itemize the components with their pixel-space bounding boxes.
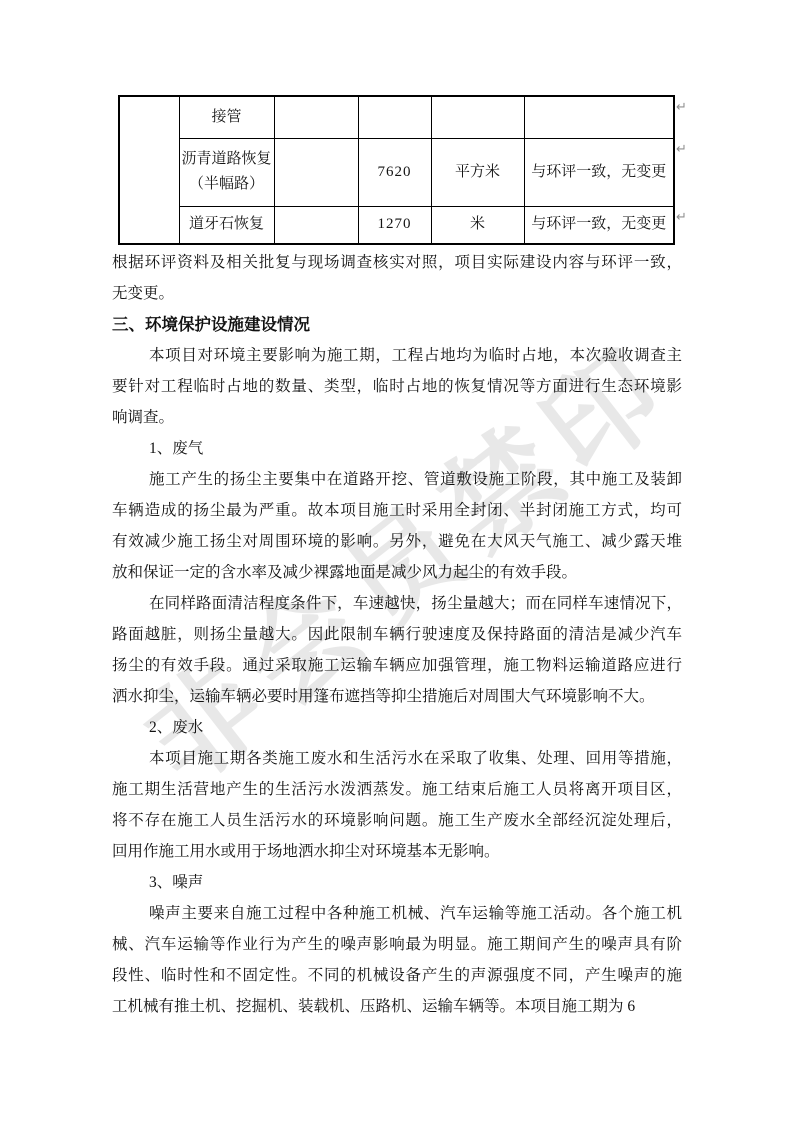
paragraph-line: 响调查。 [112,402,682,433]
paragraph-return-mark-icon: ↵ [676,101,687,114]
table-cell: 1270 [358,206,431,244]
table-cell: 道牙石恢复 [179,206,274,244]
table-cell: 沥青道路恢复（半幅路） [179,138,274,206]
paragraph-line: 在同样路面清洁程度条件下，车速越快，扬尘量越大；而在同样车速情况下， [112,588,682,619]
paragraph-line: 施工产生的扬尘主要集中在道路开挖、管道敷设施工阶段，其中施工及装卸 [112,464,682,495]
table-cell: 平方米 [431,138,524,206]
table-cell [274,96,358,138]
sub-section-heading: 3、噪声 [112,867,682,898]
section-heading: 三、环境保护设施建设情况 [112,309,682,340]
paragraph-line: 回用作施工用水或用于场地洒水抑尘对环境基本无影响。 [112,836,682,867]
sub-section-heading: 2、废水 [112,712,682,743]
table-cell: 米 [431,206,524,244]
table-cell [274,206,358,244]
document-page: 非会员禁印 接管沥青道路恢复（半幅路）7620平方米与环评一致，无变更道牙石恢复… [0,0,793,1122]
paragraph-line: 根据环评资料及相关批复与现场调查核实对照，项目实际建设内容与环评一致， [112,247,682,278]
paragraph-line: 本项目对环境主要影响为施工期，工程占地均为临时占地，本次验收调查主 [112,340,682,371]
table-row: 接管 [119,96,674,138]
paragraph-line: 噪声主要来自施工过程中各种施工机械、汽车运输等施工活动。各个施工机 [112,898,682,929]
paragraph-return-mark-icon: ↵ [676,143,687,156]
paragraph-line: 扬尘的有效手段。通过采取施工运输车辆应加强管理，施工物料运输道路应进行 [112,650,682,681]
paragraph-line: 有效减少施工扬尘对周围环境的影响。另外，避免在大风天气施工、减少露天堆 [112,526,682,557]
paragraph-line: 本项目施工期各类施工废水和生活污水在采取了收集、处理、回用等措施， [112,743,682,774]
table-cell: 7620 [358,138,431,206]
table-cell [274,138,358,206]
table-row: 道牙石恢复1270米与环评一致，无变更 [119,206,674,244]
paragraph-line: 放和保证一定的含水率及减少裸露地面是减少风力起尘的有效手段。 [112,557,682,588]
paragraph-line: 段性、临时性和不固定性。不同的机械设备产生的声源强度不同，产生噪声的施 [112,960,682,991]
paragraph-line: 要针对工程临时占地的数量、类型，临时占地的恢复情况等方面进行生态环境影 [112,371,682,402]
construction-content-table: 接管沥青道路恢复（半幅路）7620平方米与环评一致，无变更道牙石恢复1270米与… [118,95,675,245]
table-cell: 与环评一致，无变更 [524,138,674,206]
table-cell [524,96,674,138]
table-cell-merged-left [119,96,179,244]
paragraph-line: 路面越脏，则扬尘量越大。因此限制车辆行驶速度及保持路面的清洁是减少汽车 [112,619,682,650]
table-row: 沥青道路恢复（半幅路）7620平方米与环评一致，无变更 [119,138,674,206]
paragraph-line: 车辆造成的扬尘最为严重。故本项目施工时采用全封闭、半封闭施工方式，均可 [112,495,682,526]
paragraph-line: 施工期生活营地产生的生活污水泼洒蒸发。施工结束后施工人员将离开项目区， [112,774,682,805]
paragraph-return-mark-icon: ↵ [676,211,687,224]
paragraph-line: 洒水抑尘，运输车辆必要时用篷布遮挡等抑尘措施后对周围大气环境影响不大。 [112,681,682,712]
table-cell: 接管 [179,96,274,138]
paragraph-line: 工机械有推土机、挖掘机、装载机、压路机、运输车辆等。本项目施工期为 6 [112,991,682,1022]
table-cell [358,96,431,138]
paragraph-line: 无变更。 [112,278,682,309]
document-body-text: 根据环评资料及相关批复与现场调查核实对照，项目实际建设内容与环评一致，无变更。三… [112,247,682,1022]
paragraph-line: 将不存在施工人员生活污水的环境影响问题。施工生产废水全部经沉淀处理后， [112,805,682,836]
sub-section-heading: 1、废气 [112,433,682,464]
table-cell: 与环评一致，无变更 [524,206,674,244]
paragraph-line: 械、汽车运输等作业行为产生的噪声影响最为明显。施工期间产生的噪声具有阶 [112,929,682,960]
table-cell [431,96,524,138]
